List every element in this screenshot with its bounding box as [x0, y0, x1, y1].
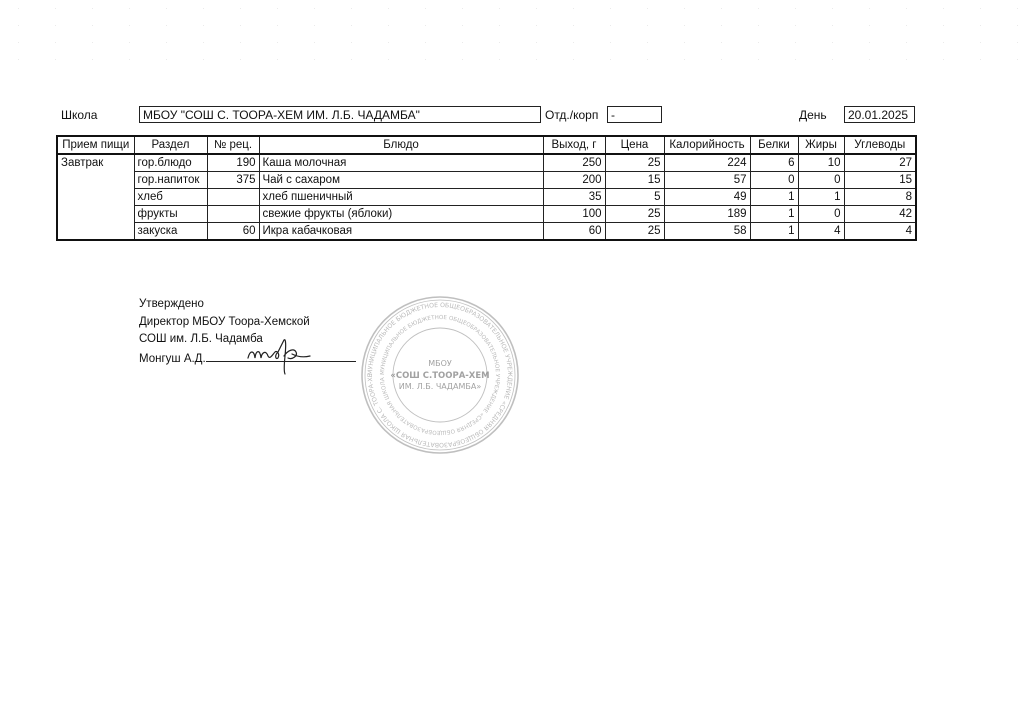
protein-cell: 1: [750, 189, 798, 206]
col-fat: Жиры: [798, 136, 844, 154]
dish-cell: свежие фрукты (яблоки): [259, 206, 543, 223]
recipe-cell: [207, 206, 259, 223]
section-cell: хлеб: [134, 189, 207, 206]
calories-cell: 189: [664, 206, 750, 223]
table-row: фруктысвежие фрукты (яблоки)100251891042: [57, 206, 916, 223]
protein-cell: 0: [750, 172, 798, 189]
dish-cell: Икра кабачковая: [259, 223, 543, 241]
day-field: 20.01.2025: [844, 106, 915, 123]
col-yield: Выход, г: [543, 136, 605, 154]
signature-icon: [240, 336, 315, 376]
table-row: закуска60Икра кабачковая602558144: [57, 223, 916, 241]
protein-cell: 1: [750, 206, 798, 223]
meal-cell: Завтрак: [57, 154, 134, 240]
protein-cell: 1: [750, 223, 798, 241]
fat-cell: 1: [798, 189, 844, 206]
col-price: Цена: [605, 136, 664, 154]
fat-cell: 0: [798, 172, 844, 189]
col-calories: Калорийность: [664, 136, 750, 154]
section-cell: гор.блюдо: [134, 154, 207, 172]
director-name: Монгуш А.Д.: [139, 353, 206, 365]
branch-field: -: [607, 106, 662, 123]
yield-cell: 100: [543, 206, 605, 223]
carbs-cell: 8: [844, 189, 916, 206]
recipe-cell: 60: [207, 223, 259, 241]
fat-cell: 10: [798, 154, 844, 172]
day-label: День: [799, 108, 827, 122]
calories-cell: 58: [664, 223, 750, 241]
section-cell: закуска: [134, 223, 207, 241]
school-field: МБОУ "СОШ С. ТООРА-ХЕМ ИМ. Л.Б. ЧАДАМБА": [139, 106, 541, 123]
scan-noise: [0, 0, 1024, 60]
price-cell: 25: [605, 154, 664, 172]
yield-cell: 35: [543, 189, 605, 206]
fat-cell: 0: [798, 206, 844, 223]
table-row: хлебхлеб пшеничный35549118: [57, 189, 916, 206]
table-header-row: Прием пищи Раздел № рец. Блюдо Выход, г …: [57, 136, 916, 154]
dish-cell: Каша молочная: [259, 154, 543, 172]
carbs-cell: 42: [844, 206, 916, 223]
approval-line-2: Директор МБОУ Тоора-Хемской: [139, 314, 356, 332]
price-cell: 25: [605, 223, 664, 241]
yield-cell: 200: [543, 172, 605, 189]
stamp-icon: МУНИЦИПАЛЬНОЕ БЮДЖЕТНОЕ ОБЩЕОБРАЗОВАТЕЛЬ…: [355, 290, 525, 460]
school-label: Школа: [61, 108, 97, 122]
col-recipe: № рец.: [207, 136, 259, 154]
calories-cell: 49: [664, 189, 750, 206]
section-cell: фрукты: [134, 206, 207, 223]
svg-text:«СОШ С.ТООРА-ХЕМ: «СОШ С.ТООРА-ХЕМ: [390, 371, 489, 381]
dish-cell: хлеб пшеничный: [259, 189, 543, 206]
recipe-cell: 190: [207, 154, 259, 172]
calories-cell: 224: [664, 154, 750, 172]
price-cell: 15: [605, 172, 664, 189]
calories-cell: 57: [664, 172, 750, 189]
col-carbs: Углеводы: [844, 136, 916, 154]
carbs-cell: 27: [844, 154, 916, 172]
carbs-cell: 4: [844, 223, 916, 241]
recipe-cell: [207, 189, 259, 206]
menu-table: Прием пищи Раздел № рец. Блюдо Выход, г …: [56, 135, 917, 241]
fat-cell: 4: [798, 223, 844, 241]
price-cell: 25: [605, 206, 664, 223]
recipe-cell: 375: [207, 172, 259, 189]
col-meal: Прием пищи: [57, 136, 134, 154]
price-cell: 5: [605, 189, 664, 206]
carbs-cell: 15: [844, 172, 916, 189]
svg-text:МБОУ: МБОУ: [428, 359, 452, 368]
table-row: Завтракгор.блюдо190Каша молочная25025224…: [57, 154, 916, 172]
approval-line-1: Утверждено: [139, 296, 356, 314]
yield-cell: 250: [543, 154, 605, 172]
yield-cell: 60: [543, 223, 605, 241]
col-section: Раздел: [134, 136, 207, 154]
col-dish: Блюдо: [259, 136, 543, 154]
dish-cell: Чай с сахаром: [259, 172, 543, 189]
col-protein: Белки: [750, 136, 798, 154]
table-row: гор.напиток375Чай с сахаром20015570015: [57, 172, 916, 189]
branch-label: Отд./корп: [545, 108, 598, 122]
section-cell: гор.напиток: [134, 172, 207, 189]
protein-cell: 6: [750, 154, 798, 172]
svg-text:ИМ. Л.Б. ЧАДАМБА»: ИМ. Л.Б. ЧАДАМБА»: [399, 382, 482, 391]
